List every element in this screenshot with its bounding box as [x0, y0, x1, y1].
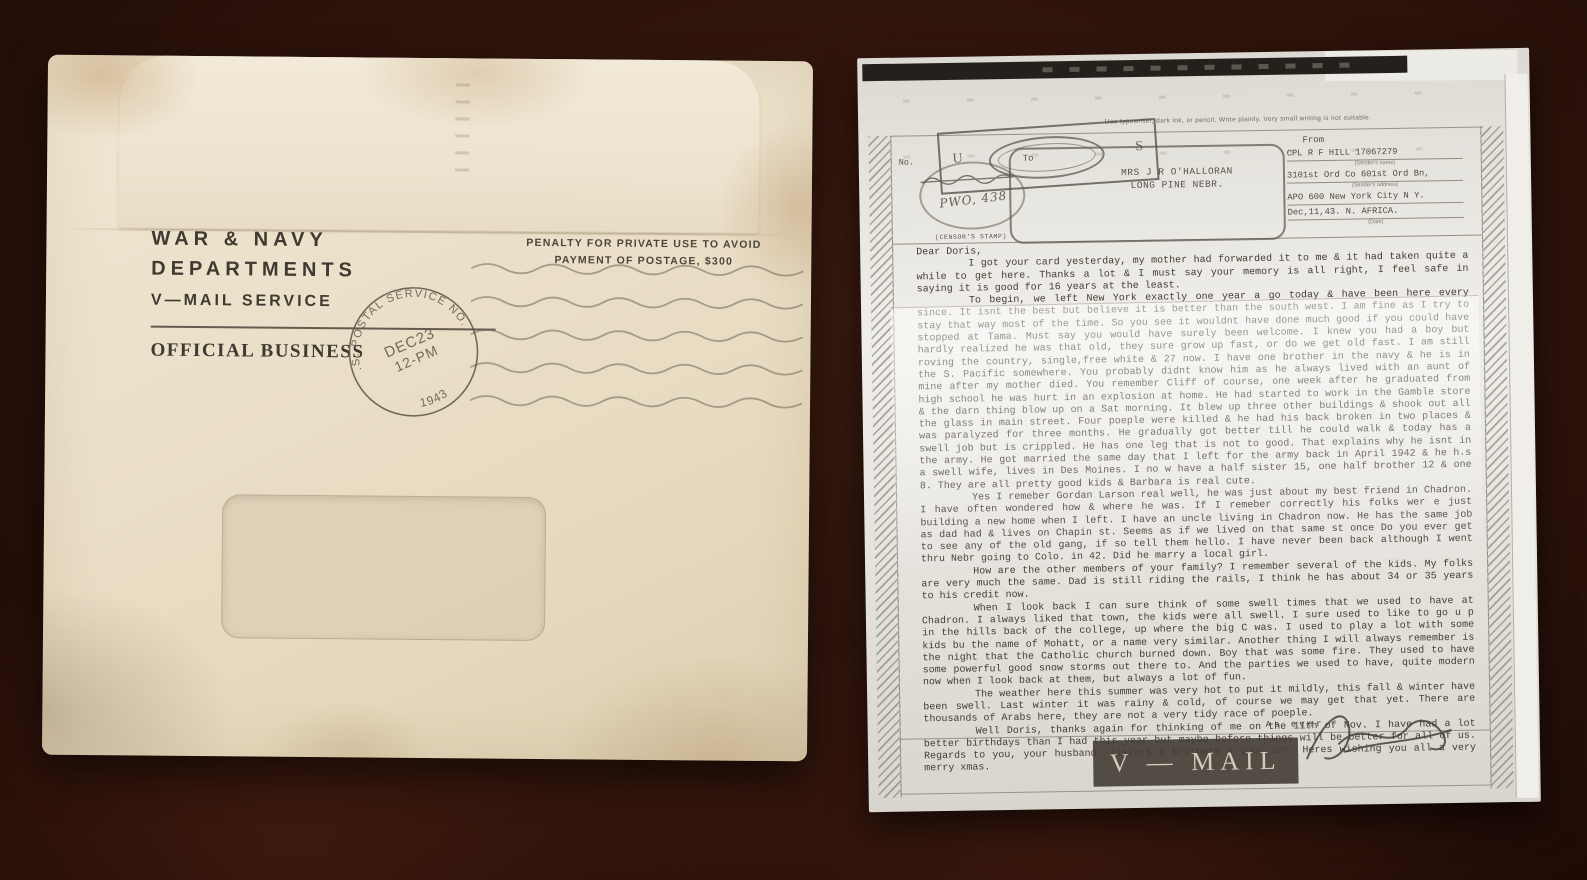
- penalty-line1: PENALTY FOR PRIVATE USE TO AVOID: [476, 234, 811, 254]
- recipient-address-box: To MRS J R O'HALLORAN LONG PINE NEBR.: [1009, 144, 1286, 244]
- postmark-stamp: U.S. POSTAL SERVICE NO.1 DEC23 12-PM 194…: [328, 266, 499, 437]
- to-label: To: [1023, 154, 1034, 164]
- corner-card-line1: WAR & NAVY: [151, 224, 496, 257]
- censor-stamp-caption: (CENSOR'S STAMP): [935, 233, 1007, 241]
- sender-address-entry: 3101st Ord Co 601st Ord Bn, (Sender's ad…: [1287, 168, 1463, 191]
- recipient-city: LONG PINE NEBR.: [1071, 177, 1283, 193]
- form-border-hatch-left: [868, 136, 901, 798]
- body-paragraph: Yes I remeber Gordan Larson real well, h…: [920, 485, 1473, 567]
- body-paragraph: When I look back I can sure think of som…: [922, 595, 1475, 690]
- photo-scene: WAR & NAVY DEPARTMENTS V—MAIL SERVICE OF…: [0, 0, 1587, 880]
- form-perforation-marks: [903, 91, 1463, 103]
- signature: [1292, 694, 1468, 792]
- recipient-address: MRS J R O'HALLORAN LONG PINE NEBR.: [1071, 164, 1283, 193]
- vmail-logo: V — MAIL: [1093, 737, 1299, 786]
- sender-block: From CPL R F HILL 17067279 (Sender's nam…: [1286, 133, 1463, 230]
- sender-apo-entry: APO 600 New York City N Y.: [1287, 190, 1463, 206]
- envelope-window: [221, 494, 546, 641]
- meter-tick-marks: [455, 83, 470, 179]
- vmail-letter-photograph: Use typewriter, dark ink, or pencil. Wri…: [857, 48, 1541, 812]
- illegible-band-marks: [1042, 62, 1362, 72]
- number-label: No.: [899, 157, 914, 167]
- vmail-envelope: WAR & NAVY DEPARTMENTS V—MAIL SERVICE OF…: [42, 55, 813, 762]
- date-entry: Dec,11,43. N. AFRICA. (Date): [1288, 205, 1464, 228]
- body-paragraph: To begin, we left New York exactly one y…: [917, 288, 1472, 493]
- sender-address-caption: (Sender's address): [1287, 181, 1463, 191]
- date-caption: (Date): [1288, 218, 1464, 228]
- envelope-flap: [119, 55, 760, 233]
- sender-name-caption: (Sender's name): [1287, 159, 1463, 169]
- from-label: From: [1302, 133, 1462, 146]
- sender-name-entry: CPL R F HILL 17067279 (Sender's name): [1287, 146, 1463, 169]
- cancellation-wavy-lines: [470, 258, 806, 421]
